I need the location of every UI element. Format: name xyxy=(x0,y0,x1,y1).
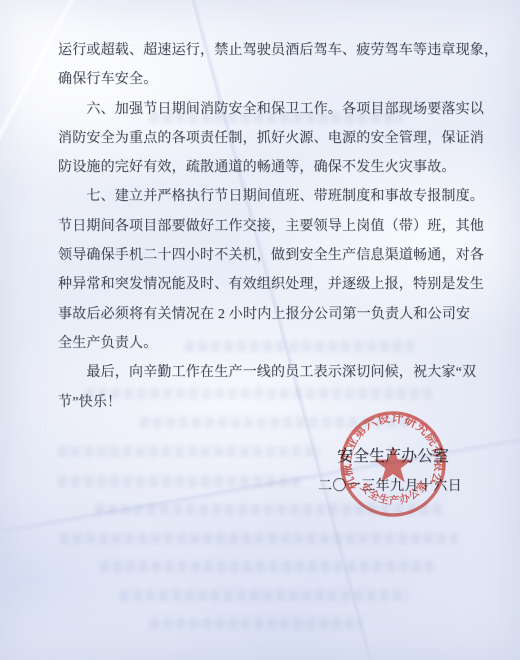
document-text-line: 节日期间各项目部要做好工作交接，主要领导上岗值（带）班，其他 xyxy=(58,212,470,241)
document-text-line: 防设施的完好有效，疏散通道的畅通等，确保不发生火灾事故。 xyxy=(58,153,470,182)
bleedthrough-line xyxy=(100,561,438,572)
bleedthrough-line xyxy=(60,533,458,544)
document-text-line: 最后，向辛勤工作在生产一线的员工表示深切问候，祝大家“双 xyxy=(58,358,470,387)
document-text-line: 全生产负责人。 xyxy=(58,329,470,358)
bleedthrough-line xyxy=(120,590,408,601)
document-text-line: 七、建立并严格执行节日期间值班、带班制度和事故专报制度。 xyxy=(58,182,470,211)
document-text-line: 运行或超载、超速运行，禁止驾驶员酒后驾车、疲劳驾车等违章现象， xyxy=(58,36,470,65)
bleedthrough-line xyxy=(58,476,300,487)
bleedthrough-line xyxy=(58,446,320,457)
bleedthrough-line xyxy=(150,618,362,629)
stamp-office-arc-text: 安全生产办公室 xyxy=(358,478,431,508)
document-text-line: 领导确保手机二十四小时不关机，做到安全生产信息渠道畅通，对各 xyxy=(58,241,470,270)
document-text-line: 事故后必须将有关情况在 2 小时内上报分公司第一负责人和公司安 xyxy=(58,300,470,329)
document-text-line: 确保行车安全。 xyxy=(58,65,470,94)
red-star-icon xyxy=(374,446,412,482)
document-text-line: 消防安全为重点的各项责任制，抓好火源、电源的安全管理，保证消 xyxy=(58,124,470,153)
official-red-stamp: 机械工业第六设计研究院有限公司 安全生产办公室 xyxy=(337,408,449,520)
document-text-line: 种异常和突发情况能及时、有效组织处理，并逐级上报，特别是发生 xyxy=(58,270,470,299)
scanned-document-page: 运行或超载、超速运行，禁止驾驶员酒后驾车、疲劳驾车等违章现象，确保行车安全。 六… xyxy=(0,0,520,660)
document-body: 运行或超载、超速运行，禁止驾驶员酒后驾车、疲劳驾车等违章现象，确保行车安全。 六… xyxy=(58,36,470,417)
document-text-line: 六、加强节日期间消防安全和保卫工作。各项目部现场要落实以 xyxy=(58,95,470,124)
